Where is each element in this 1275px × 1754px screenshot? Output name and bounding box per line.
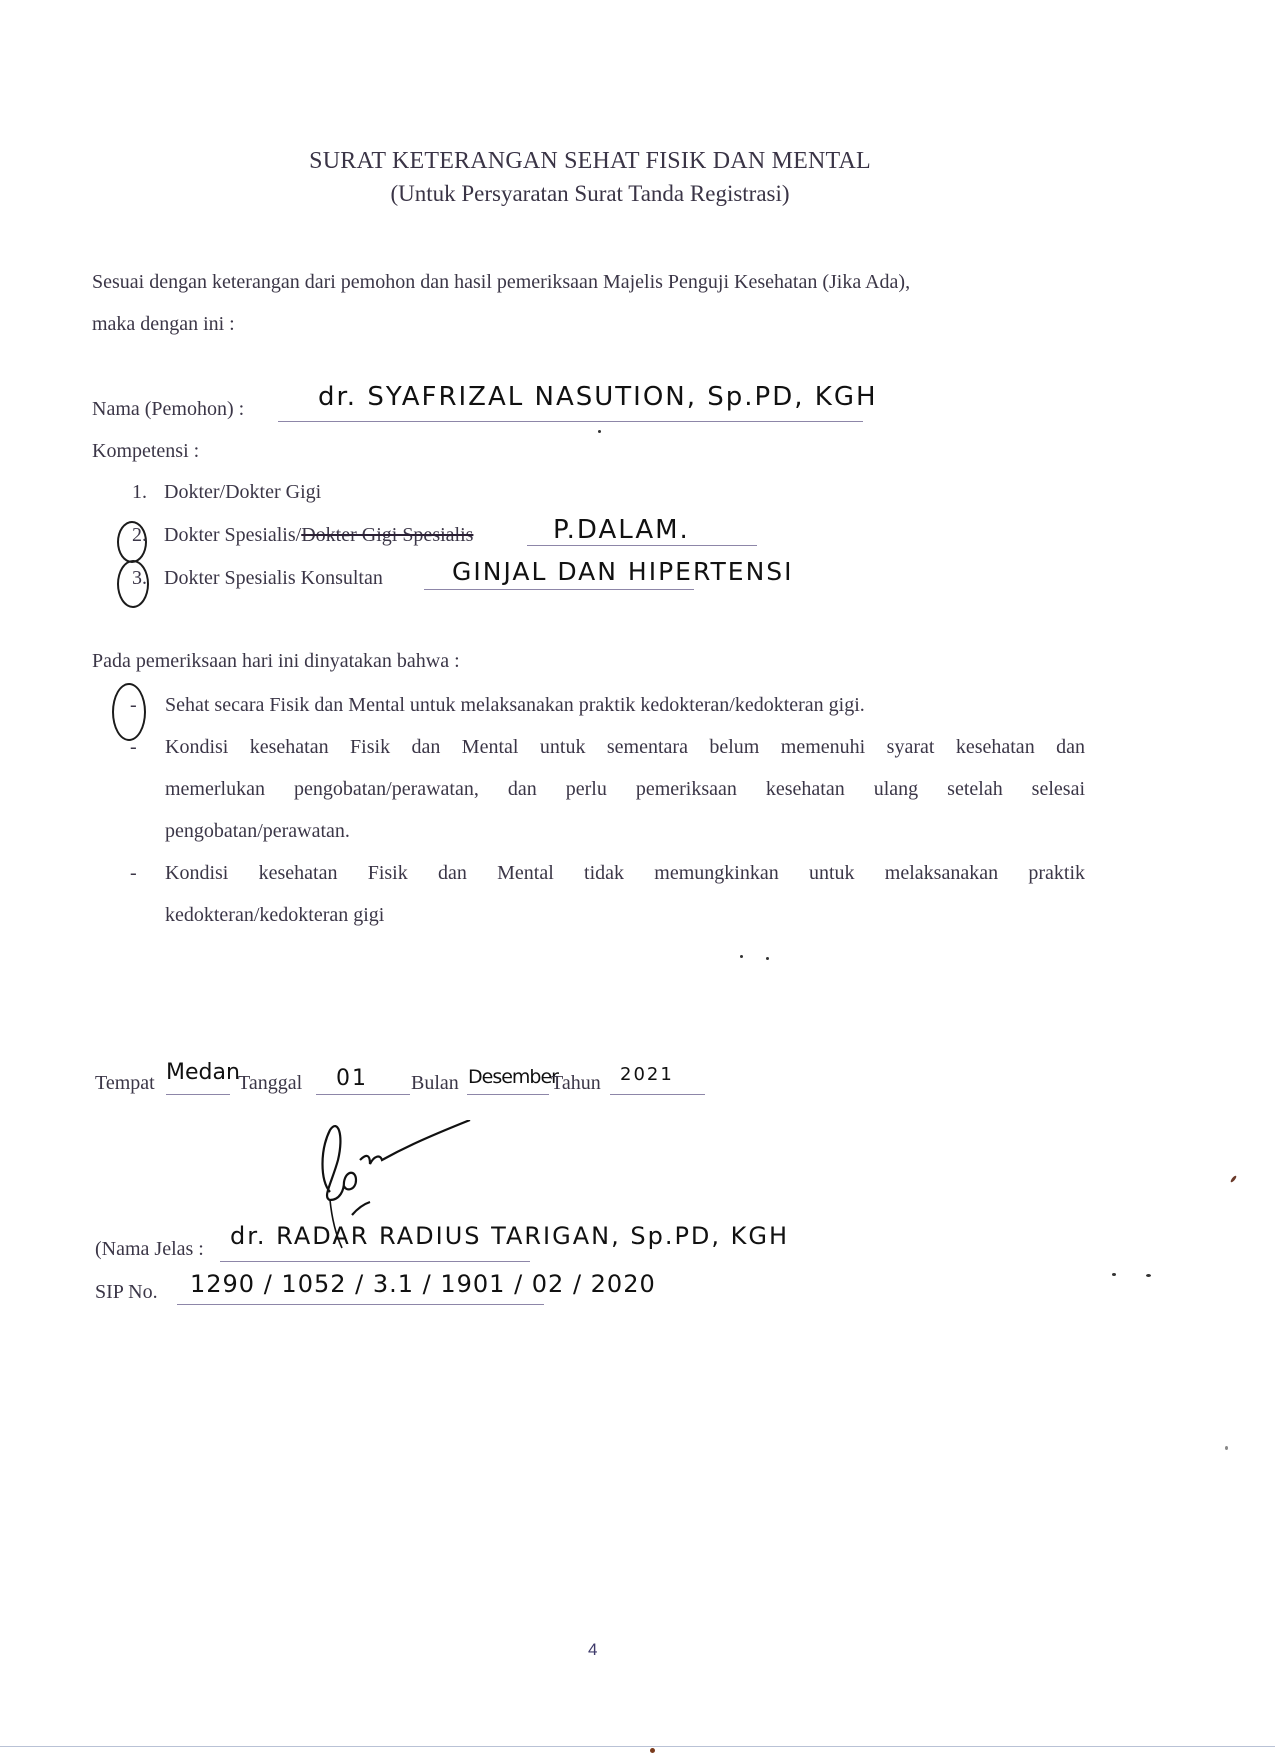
date-label: Tanggal [238,1072,302,1095]
scan-speck [1225,1446,1228,1450]
consultant-field[interactable]: GINJAL DAN HIPERTENSI [452,557,794,586]
place-field[interactable]: Medan [166,1060,240,1085]
sip-field[interactable]: 1290 / 1052 / 3.1 / 1901 / 02 / 2020 [190,1270,656,1298]
option-3-bullet[interactable]: - [130,862,137,885]
place-label: Tempat [95,1072,155,1095]
competence-item-2-number[interactable]: 2. [132,524,147,547]
document-subtitle: (Untuk Persyaratan Surat Tanda Registras… [0,181,1180,207]
specialist-underline [527,545,757,546]
scan-speck [1146,1274,1151,1277]
scan-speck [650,1748,655,1753]
sip-label: SIP No. [95,1281,158,1304]
option-1-bullet[interactable]: - [130,694,137,717]
competence-item-1-text: Dokter/Dokter Gigi [164,481,321,504]
date-underline [316,1094,410,1095]
signatory-name-label: (Nama Jelas : [95,1238,204,1261]
month-label: Bulan [411,1072,459,1095]
competence-label: Kompetensi : [92,440,199,463]
competence-item-2-text: Dokter Spesialis/Dokter Gigi Spesialis [164,524,473,547]
option-3-line-2: kedokteran/kedokteran gigi [165,904,384,927]
competence-item-3-number[interactable]: 3. [132,567,147,590]
option-3-line-1: Kondisi kesehatan Fisik dan Mental tidak… [165,862,1085,885]
consultant-underline [424,589,694,590]
place-underline [166,1094,230,1095]
year-field[interactable]: 2021 [620,1064,674,1085]
option-2-bullet[interactable]: - [130,736,137,759]
scan-speck [1112,1273,1116,1276]
page-number: 4 [588,1640,597,1660]
applicant-underline [278,421,863,422]
applicant-label: Nama (Pemohon) : [92,398,244,421]
specialist-field[interactable]: P.DALAM. [553,515,690,545]
option-2-line-2: memerlukan pengobatan/perawatan, dan per… [165,778,1085,801]
option-1-line-1: Sehat secara Fisik dan Mental untuk mela… [165,694,865,717]
intro-line-2: maka dengan ini : [92,313,235,336]
date-field[interactable]: 01 [336,1066,368,1091]
option-2-line-3: pengobatan/perawatan. [165,820,350,843]
year-label: Tahun [551,1072,601,1095]
competence-item-1-number: 1. [132,481,147,504]
option-2-line-1: Kondisi kesehatan Fisik dan Mental untuk… [165,736,1085,759]
competence-item-2-label: Dokter Spesialis/ [164,524,301,546]
scan-speck [766,957,769,960]
signatory-name-field[interactable]: dr. RADAR RADIUS TARIGAN, Sp.PD, KGH [230,1222,789,1250]
scan-speck [1230,1175,1237,1183]
month-field[interactable]: Desember [468,1066,558,1088]
month-underline [467,1094,549,1095]
document-title: SURAT KETERANGAN SEHAT FISIK DAN MENTAL [0,148,1180,175]
competence-item-2-struck-label: Dokter Gigi Spesialis [301,524,473,546]
sip-underline [177,1304,544,1305]
year-underline [610,1094,705,1095]
scan-edge-line [0,1746,1275,1747]
applicant-name-field[interactable]: dr. SYAFRIZAL NASUTION, Sp.PD, KGH [318,382,878,412]
selection-circle-option-1 [112,683,146,741]
scan-speck [598,430,601,433]
scan-speck [740,955,743,958]
competence-item-3-text: Dokter Spesialis Konsultan [164,567,383,590]
signatory-name-underline [220,1261,530,1262]
intro-line-1: Sesuai dengan keterangan dari pemohon da… [92,271,910,294]
examination-label: Pada pemeriksaan hari ini dinyatakan bah… [92,650,460,673]
